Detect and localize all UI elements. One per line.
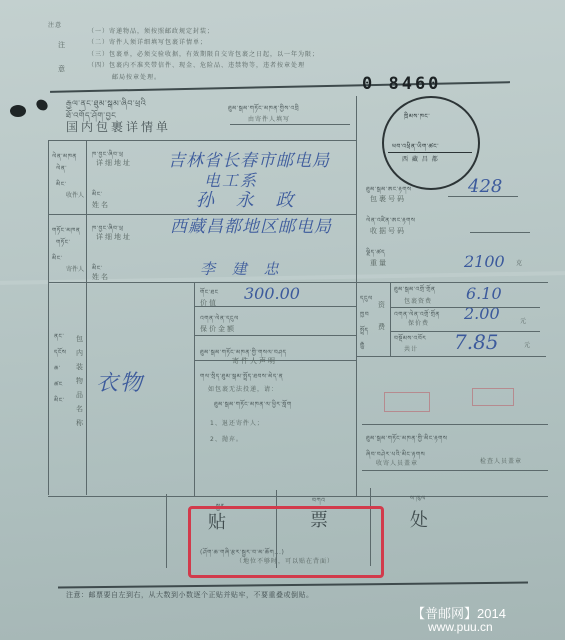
note-line: （一）寄递物品，须按照邮政规定封装； [88, 26, 214, 35]
postmark-stamp: ཁྲིམས་ཁང་ ཕབ་འཕྲིན་ཡིག་ཚང་ 西 藏 昌 都 [382, 96, 480, 190]
sender-name-label: 姓名 [92, 272, 110, 282]
filled-by-label: 由寄件人填写 [248, 114, 290, 123]
grid-line [194, 335, 356, 336]
sender-signature-label[interactable]: 收寄人员盖章 [376, 458, 418, 467]
postage-value[interactable]: 6.10 [466, 284, 502, 303]
total-label: 共计 [404, 344, 418, 353]
sender-address-label: 详细地址 [96, 232, 132, 242]
parcel-number-label: 包裹号码 [370, 194, 406, 204]
form-title: 国内包裹详情单 [66, 118, 171, 135]
inspector-signature-label[interactable]: 检查人员盖章 [480, 456, 522, 465]
sender-side-label: 寄件人 [66, 264, 84, 273]
notes-side-1: 注 [58, 40, 67, 50]
insured-amount-label: 保价金额 [200, 324, 236, 334]
sender-address-value[interactable]: 西藏昌都地区邮电局 [170, 212, 332, 237]
insurance-fee-value[interactable]: 2.00 [464, 304, 500, 323]
grid-line [48, 282, 548, 283]
underline [470, 232, 530, 233]
note-line: （二）寄件人须详细填写包裹详情单； [88, 37, 207, 46]
grid-line [48, 496, 548, 497]
grid-line [356, 96, 357, 496]
faded-seal [472, 388, 514, 406]
declared-value-label: 价值 [200, 298, 218, 308]
note-line: （三）包裹单，必须交验收据，有效期限自交寄包裹之日起，以一年为限； [88, 49, 319, 58]
insurance-fee-label: 保价费 [408, 318, 429, 327]
sender-name-value[interactable]: 李 建 忠 [200, 258, 285, 279]
recipient-name-value[interactable]: 孙 永 政 [196, 186, 301, 212]
declaration-option[interactable]: 1、退还寄件人； [210, 418, 264, 427]
postmark-divider [388, 152, 472, 153]
grid-line [194, 282, 195, 496]
footer-note: 注意：邮票要自左到右，从大数到小数逐个正贴并贴牢，不要重叠或倒贴。 [66, 590, 314, 600]
stamp-label-3: 处 [410, 506, 428, 532]
note-line: （四）包裹内不准夹带信件、现金、危险品、违禁物等，违者按章处理 [88, 60, 305, 69]
grid-line [362, 470, 548, 471]
divider [230, 124, 350, 125]
grid-line [390, 282, 391, 356]
grid-line [362, 424, 548, 425]
contents-side-label: 品 [76, 390, 85, 400]
parcel-number-value[interactable]: 428 [468, 176, 502, 197]
serial-number: 0 8460 [362, 74, 441, 94]
contents-side-label: 内 [76, 348, 85, 358]
declaration-option[interactable]: 2、抛弃。 [210, 434, 243, 443]
contents-side-tibetan: མིང་ [54, 394, 64, 411]
contents-side-tibetan: ཚང [54, 378, 63, 395]
contents-side-label: 装 [76, 362, 85, 372]
declaration-title: 寄件人声明 [232, 356, 277, 366]
underline [448, 196, 518, 197]
contents-side-tibetan: དངོས [54, 346, 67, 363]
contents-side-label: 包 [76, 334, 85, 344]
declaration-intro: 如包裹无法投递，请： [208, 384, 278, 393]
notes-side-2: 意 [58, 64, 67, 74]
grid-line [356, 356, 546, 357]
weight-value[interactable]: 2100 [464, 252, 505, 271]
postage-side-tibetan: ཁྱབ [360, 308, 369, 325]
divider [58, 582, 528, 589]
note-line: 邮局按章处理。 [112, 72, 161, 81]
grid-line [48, 140, 49, 495]
insurance-fee-unit: 元 [520, 316, 527, 325]
postmark-mid-chinese: 西 藏 昌 都 [402, 154, 439, 163]
contents-side-label: 名 [76, 404, 85, 414]
recipient-name-label: 姓名 [92, 200, 110, 210]
weight-unit: 克 [516, 258, 523, 267]
receipt-number-label: 收据号码 [370, 226, 406, 236]
ink-blot [10, 105, 26, 117]
contents-value[interactable]: 衣物 [96, 366, 144, 397]
sender-side-tibetan: མིང་ [52, 252, 62, 269]
total-unit: 元 [524, 340, 531, 349]
red-postage-stamp-frame [188, 506, 384, 578]
contents-side-label: 称 [76, 418, 85, 428]
postage-side-tibetan: དངུལ [360, 292, 373, 309]
declaration-tibetan-sub: ཐུམ་སྒམ་གཏོང་མཁན་ལ་ཕྱིར་སློག [214, 398, 292, 415]
recipient-side-tibetan: མིང་ [56, 178, 66, 195]
weight-label: 重量 [370, 258, 388, 268]
recipient-side-label: 收件人 [66, 190, 84, 199]
postage-label: 包裹资费 [404, 296, 432, 305]
postage-side-label: 费 [378, 322, 387, 332]
grid-line [194, 306, 356, 307]
grid-line [48, 140, 356, 141]
postage-side-tibetan: རྒྱུ [360, 338, 365, 355]
postage-side-label: 资 [378, 300, 387, 310]
sender-signature-tibetan: ཐུམ་སྒམ་གཏོང་མཁན་གྱི་མིང་རྟགས [366, 432, 447, 449]
contents-side-tibetan: ནང་ [54, 330, 64, 347]
recipient-side-tibetan: ལེན་ [56, 162, 67, 179]
recipient-address-label: 详细地址 [96, 158, 132, 168]
parcel-form-document: 注意 注 意 （一）寄递物品，须按照邮政规定封装； （二）寄件人须详细填写包裹详… [0, 0, 565, 640]
total-value[interactable]: 7.85 [454, 330, 499, 354]
contents-side-tibetan: ཆ་ [54, 362, 61, 379]
ink-blot [34, 97, 50, 112]
faded-seal [384, 392, 430, 412]
grid-line [166, 494, 167, 568]
notes-tag: 注意 [48, 20, 62, 29]
declared-value-value[interactable]: 300.00 [244, 284, 300, 303]
contents-side-label: 物 [76, 376, 85, 386]
grid-line [86, 140, 87, 495]
watermark-line-2: www.puu.cn [428, 620, 493, 634]
postmark-top-text: ཁྲིམས་ཁང་ [404, 110, 430, 127]
sender-side-tibetan: གཏོང་ [56, 236, 70, 253]
